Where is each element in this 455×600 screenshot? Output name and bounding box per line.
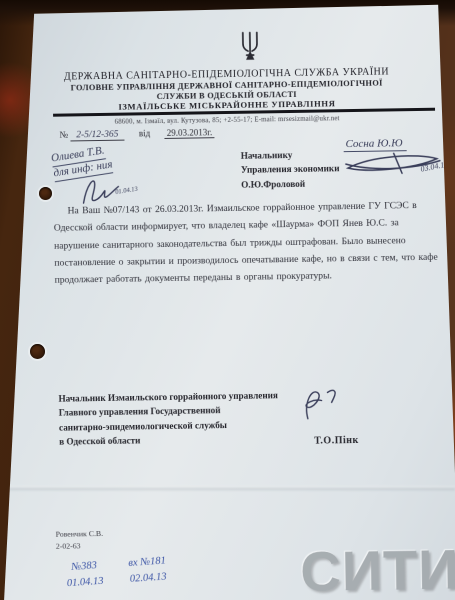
letter-body: На Ваш №07/143 от 26.03.2013г. Измаильск… [53, 197, 444, 289]
letter-content: ДЕРЖАВНА САНІТАРНО-ЕПІДЕМІОЛОГІЧНА СЛУЖБ… [0, 0, 455, 600]
reference-date-label: від [139, 128, 150, 138]
hole-punch-bottom [30, 344, 45, 359]
handwritten-resolution-left: Олиева Т.В. для инф: ния 01.04.13 [50, 140, 138, 205]
executor-phone: 2-02-63 [56, 540, 104, 553]
document-photo: ДЕРЖАВНА САНІТАРНО-ЕПІДЕМІОЛОГІЧНА СЛУЖБ… [0, 0, 455, 600]
reference-number-handwritten: 2-5/12-365 [70, 130, 124, 142]
executor-block: Ровенчик С.В. 2-02-63 [56, 528, 104, 554]
addressee-block: Начальнику Управления экономики О.Ю.Фрол… [241, 147, 340, 191]
signatory-name: Т.О.Пінк [314, 435, 359, 447]
registration-note-1-date: 01.04.13 [66, 574, 104, 593]
watermark: СИТИ [300, 536, 455, 600]
signatory-signature-icon [293, 384, 346, 427]
right-resolution-name: Сосна Ю.Ю [343, 137, 406, 152]
ukraine-tryzub-icon [239, 30, 261, 61]
registration-note-2-date: 02.04.13 [129, 570, 168, 589]
letter-body-paragraph: На Ваш №07/143 от 26.03.2013г. Измаильск… [53, 197, 444, 289]
registration-note-1: №383 01.04.13 [65, 558, 104, 593]
reference-date-value: 29.03.2013г. [165, 127, 215, 139]
reference-line: № 2-5/12-365 від 29.03.2013г. [59, 127, 214, 140]
registration-notes: №383 01.04.13 вх №181 02.04.13 [65, 553, 167, 592]
addressee-line-1: Начальнику [241, 147, 340, 163]
addressee-line-2: Управления экономики [241, 161, 340, 177]
signatory-title-line-4: в Одесской области [59, 431, 279, 449]
executor-name: Ровенчик С.В. [56, 528, 104, 541]
handwritten-resolution-right: Сосна Ю.Ю 03.04.13 [343, 137, 449, 180]
registration-note-2: вх №181 02.04.13 [128, 553, 168, 588]
signatory-title-block: Начальник Измаильского горрайонного упра… [58, 388, 278, 448]
hole-punch-top [39, 187, 52, 200]
reference-number-label: № [59, 129, 68, 139]
letter-paper: ДЕРЖАВНА САНІТАРНО-ЕПІДЕМІОЛОГІЧНА СЛУЖБ… [0, 0, 455, 600]
addressee-line-3: О.Ю.Фроловой [241, 176, 340, 192]
